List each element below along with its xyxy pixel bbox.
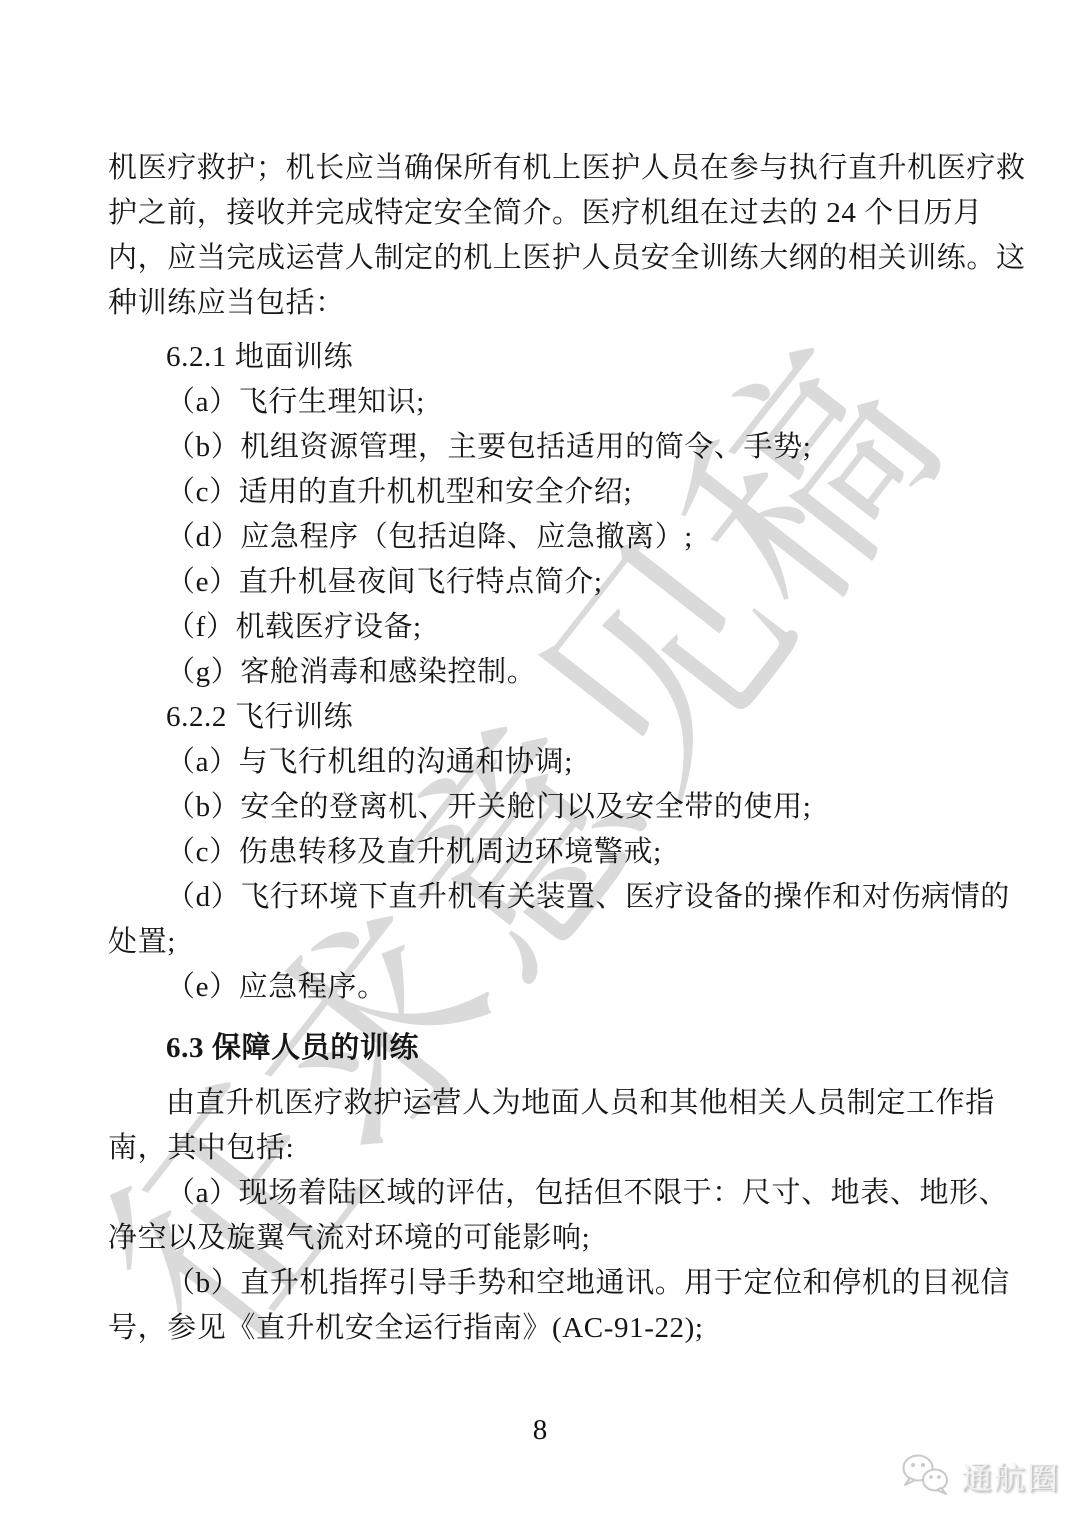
text-line: （f）机载医疗设备;: [108, 605, 966, 650]
text-line: 护之前，接收并完成特定安全简介。医疗机组在过去的 24 个日历月: [108, 191, 966, 236]
wechat-bubbles-icon: [900, 1452, 952, 1498]
text-line: （b）直升机指挥引导手势和空地通讯。用于定位和停机的目视信: [108, 1261, 966, 1306]
section-heading: 6.3 保障人员的训练: [108, 1026, 966, 1071]
text-line: （b）机组资源管理，主要包括适用的简令、手势;: [108, 425, 966, 470]
text-line: （e）直升机昼夜间飞行特点简介;: [108, 560, 966, 605]
text-line: （c）伤患转移及直升机周边环境警戒;: [108, 830, 966, 875]
text-line: 机医疗救护；机长应当确保所有机上医护人员在参与执行直升机医疗救: [108, 146, 966, 191]
text-line: （c）适用的直升机机型和安全介绍;: [108, 470, 966, 515]
text-line: （a）现场着陆区域的评估，包括但不限于：尺寸、地表、地形、: [108, 1171, 966, 1216]
text-line: 南，其中包括:: [108, 1126, 966, 1171]
text-line: 处置;: [108, 920, 966, 965]
text-line: 6.2.2 飞行训练: [108, 695, 966, 740]
text-line: （b）安全的登离机、开关舱门以及安全带的使用;: [108, 785, 966, 830]
text-line: 净空以及旋翼气流对环境的可能影响;: [108, 1216, 966, 1261]
brand-logo: 通航圈: [900, 1452, 1060, 1498]
text-line: 由直升机医疗救护运营人为地面人员和其他相关人员制定工作指: [108, 1081, 966, 1126]
text-line: （a）与飞行机组的沟通和协调;: [108, 740, 966, 785]
document-body: 机医疗救护；机长应当确保所有机上医护人员在参与执行直升机医疗救护之前，接收并完成…: [108, 146, 966, 1351]
text-line: 6.2.1 地面训练: [108, 335, 966, 380]
brand-name: 通航圈: [961, 1453, 1060, 1498]
text-line: （a）飞行生理知识;: [108, 380, 966, 425]
text-line: （e）应急程序。: [108, 965, 966, 1010]
text-line: 种训练应当包括：: [108, 281, 966, 326]
small-chat-bubble: [923, 1470, 947, 1495]
text-line: 内，应当完成运营人制定的机上医护人员安全训练大纲的相关训练。这: [108, 236, 966, 281]
text-line: 号，参见《直升机安全运行指南》(AC-91-22);: [108, 1306, 966, 1351]
text-line: （d）应急程序（包括迫降、应急撤离）;: [108, 515, 966, 560]
text-line: （d）飞行环境下直升机有关装置、医疗设备的操作和对伤病情的: [108, 875, 966, 920]
page-number: 8: [0, 1414, 1080, 1447]
document-page: 征求意见稿 机医疗救护；机长应当确保所有机上医护人员在参与执行直升机医疗救护之前…: [0, 0, 1080, 1527]
text-line: （g）客舱消毒和感染控制。: [108, 650, 966, 695]
